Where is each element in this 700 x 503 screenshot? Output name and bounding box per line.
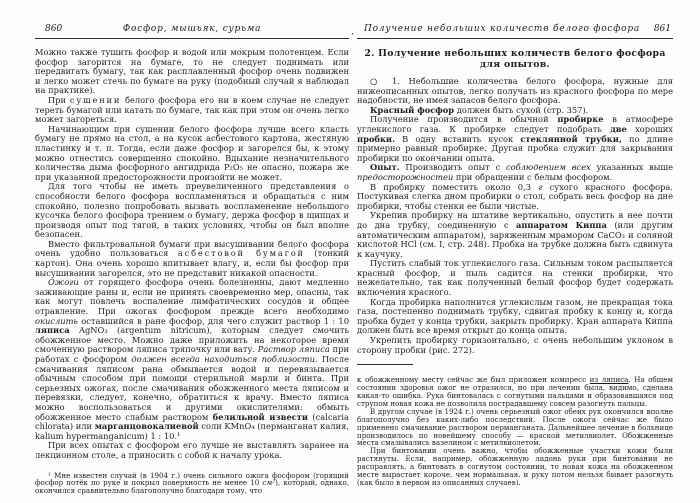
scanned-book-spread: 860 Фосфор, мышьяк, сурьма Можно также т…	[0, 0, 700, 503]
paragraph-experiment-precautions: Опыт. Производить опыт с соблюдением все…	[357, 163, 673, 182]
footnote-bandaging-advice: При бинтовании очень важно, чтобы обожже…	[357, 447, 673, 487]
paragraph-load-tube: В пробирку поместить около 0,3 г сухого …	[357, 183, 673, 212]
paragraph-burns-treatment: Ожоги от горящего фосфора очень болезнен…	[35, 278, 349, 441]
paragraph-beginners-advice: Начинающим при сушении белого фосфора лу…	[35, 125, 349, 183]
paragraph-test-tube-setup: Получение производится в обычной пробирк…	[357, 115, 673, 163]
footnote-compress-continuation: к обожженному месту сейчас же был прилож…	[357, 376, 673, 408]
paragraph-asbestos-paper: Вместо фильтровальной бумаги при высушив…	[35, 240, 349, 278]
footnote-burn-case-1924: В другом случае (в 1924 г.) очень серьез…	[357, 408, 673, 448]
footnote-burn-case-1904: ¹ Мне известен случай (в 1904 г.) очень …	[35, 472, 349, 496]
paragraph-friction-experiment: Для того чтобы не иметь преувеличенного …	[35, 182, 349, 240]
footnote-separator-rule	[357, 364, 413, 365]
right-page-number: 861	[654, 24, 671, 34]
right-page-header: ’ Получение небольших количеств белого ф…	[357, 24, 673, 39]
paragraph-extinguishing: Можно также тушить фосфор и водой или мо…	[35, 48, 349, 96]
section-heading: 2. Получение небольших количеств белого …	[357, 48, 673, 70]
paragraph-kipp-apparatus: Укрепив пробирку на штативе вертикально,…	[357, 211, 673, 259]
scan-artifact: ’	[351, 32, 354, 41]
section-heading-line2: для опытов.	[357, 59, 673, 70]
paragraph-weak-gas-stream: Пустить слабый ток углекислого газа. Сил…	[357, 259, 673, 297]
right-page: ’ Получение небольших количеств белого ф…	[357, 24, 673, 487]
right-body-text: ○ 1. Небольшие количества белого фосфора…	[357, 77, 673, 355]
left-footnote: ¹ Мне известен случай (в 1904 г.) очень …	[35, 472, 349, 496]
left-page: 860 Фосфор, мышьяк, сурьма Можно также т…	[35, 24, 349, 495]
paragraph-lecture-table: При всех опытах с фосфором его лучше не …	[35, 441, 349, 460]
left-running-title: Фосфор, мышьяк, сурьма	[35, 24, 349, 34]
section-heading-line1: 2. Получение небольших количеств белого …	[357, 48, 673, 59]
right-footnote: к обожженному месту сейчас же был прилож…	[357, 376, 673, 487]
left-page-header: 860 Фосфор, мышьяк, сурьма	[35, 24, 349, 39]
paragraph-close-tube: Когда пробирка наполнится углекислым газ…	[357, 298, 673, 336]
left-body-text: Можно также тушить фосфор и водой или мо…	[35, 48, 349, 461]
paragraph-drying-warning: При сушении белого фосфора его ни в коем…	[35, 96, 349, 125]
paragraph-small-quantities: ○ 1. Небольшие количества белого фосфора…	[357, 77, 673, 106]
paragraph-horizontal-mount: Укрепить пробирку горизонтально, с очень…	[357, 336, 673, 355]
right-running-title: Получение небольших количеств белого фос…	[357, 24, 647, 34]
